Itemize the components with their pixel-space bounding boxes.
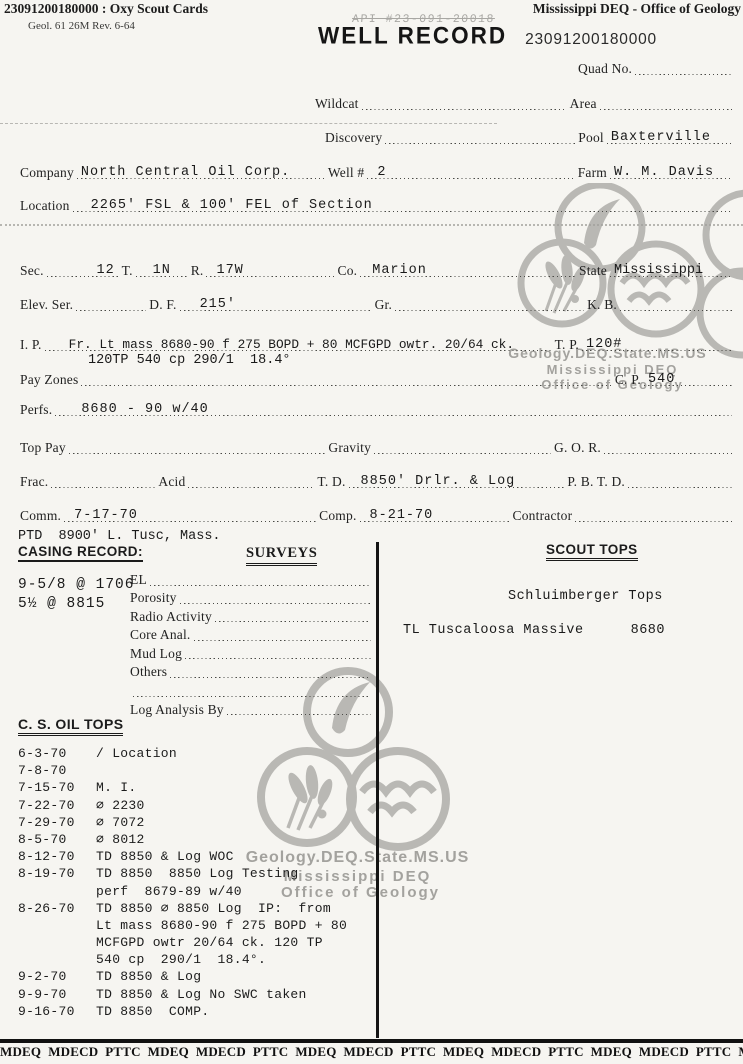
entry-date: 7-8-70 [18,763,96,778]
wildcat-area-row: Wildcat Area [315,95,735,112]
kb-label: K. B. [587,296,617,313]
dotted-line [620,296,732,313]
oil-tops-row: Lt mass 8680-90 f 275 BOPD + 80 [18,918,376,935]
survey-row: Radio Activity [130,609,374,625]
casing-entry: 5½ @ 8815 [18,596,105,612]
comp-label: Comp. [319,507,356,524]
section-township-row: Sec. 12 T. 1N R. 17W Co. Marion State Mi… [20,262,735,279]
survey-row: Others [130,664,374,680]
dotted-line [635,60,732,77]
quad-no-row: Quad No. [578,60,735,77]
entry-text: TD 8850 & Log No SWC taken [96,987,376,1002]
survey-label: Log Analysis By [130,702,224,718]
survey-row: Porosity [130,590,374,606]
entry-date: 8-5-70 [18,832,96,847]
dotted-line: 2265' FSL & 100' FEL of Section [73,197,732,214]
entry-text: 540 cp 290/1 18.4°. [96,952,376,967]
entry-text: TD 8850 COMP. [96,1004,376,1019]
entry-date: 7-15-70 [18,780,96,795]
survey-row: Core Anal. [130,627,374,643]
dotted-line: 540 [644,371,732,388]
township-label: T. [122,262,133,279]
area-label: Area [570,95,597,112]
column-divider [376,542,379,1038]
casing-record-heading: CASING RECORD: [18,544,143,562]
dotted-line [194,626,372,643]
sec-value: 12 [92,262,118,279]
ip-value-line1: Fr. Lt mass 8680-90 f 275 BOPD + 80 MCFG… [45,336,518,353]
dotted-line [604,439,732,456]
dotted-line [51,473,155,490]
scout-tops-heading: SCOUT TOPS [546,542,638,561]
initial-production-row: I. P. Fr. Lt mass 8680-90 f 275 BOPD + 8… [20,336,735,353]
township-value: 1N [149,262,175,279]
well-no-label: Well # [328,164,364,181]
oil-tops-list: 6-3-70/ Location 7-8-70 7-15-70M. I. 7-2… [18,746,376,1021]
title-row: WELL RECORD 23091200180000 [318,24,657,50]
ip-label: I. P. [20,336,42,353]
gor-label: G. O. R. [554,439,601,456]
faint-separator-line [0,224,743,226]
entry-text: TD 8850 8850 Log Testing [96,866,376,881]
perfs-row: Perfs. 8680 - 90 w/40 [20,401,735,418]
oil-tops-row: 8-19-70TD 8850 8850 Log Testing [18,866,376,883]
entry-date: 8-19-70 [18,866,96,881]
wildcat-label: Wildcat [315,95,359,112]
oil-tops-row: 8-5-70∅ 8012 [18,832,376,849]
entry-date: 9-16-70 [18,1004,96,1019]
perfs-label: Perfs. [20,401,52,418]
pool-label: Pool [578,129,604,146]
dotted-line [385,129,575,146]
oil-tops-row: 7-15-70M. I. [18,780,376,797]
dotted-line [133,682,371,699]
well-no-value: 2 [367,164,390,181]
dotted-line: 7-17-70 [64,507,316,524]
dotted-line: W. M. Davis [610,164,732,181]
comp-value: 8-21-70 [360,507,438,524]
state-label: State [579,262,607,279]
top-pay-row: Top Pay Gravity G. O. R. [20,439,735,456]
entry-text: M. I. [96,780,376,795]
county-label: Co. [337,262,357,279]
oil-tops-row: MCFGPD owtr 20/64 ck. 120 TP [18,935,376,952]
entry-text: TD 8850 & Log WOC [96,849,376,864]
dotted-line [215,608,371,625]
survey-label: Mud Log [130,646,182,662]
frac-label: Frac. [20,473,48,490]
oil-tops-row: 8-12-70TD 8850 & Log WOC [18,849,376,866]
elev-ser-label: Elev. Ser. [20,296,73,313]
dotted-line [76,296,146,313]
formation-name: TL Tuscaloosa Massive [403,623,584,638]
gravity-label: Gravity [328,439,371,456]
entry-text: TD 8850 & Log [96,969,376,984]
survey-row [130,683,374,699]
dotted-line: 8-21-70 [360,507,510,524]
ip-value-line2: 120TP 540 cp 290/1 18.4° [88,353,291,368]
df-value: 215' [180,296,240,313]
dotted-line: North Central Oil Corp. [77,164,325,181]
range-label: R. [191,262,204,279]
header-right-title: Mississippi DEQ - Office of Geology [533,1,741,17]
pay-zones-label: Pay Zones [20,371,78,388]
oil-tops-row: 7-22-70∅ 2230 [18,798,376,815]
oil-tops-row: perf 8679-89 w/40 [18,884,376,901]
pool-value: Baxterville [607,129,715,146]
scout-card-page: { "header": { "left": "23091200180000 : … [0,0,743,1064]
df-label: D. F. [149,296,176,313]
cp-value: 540 [644,371,679,388]
oil-tops-row: 8-26-70TD 8850 ∅ 8850 Log IP: from [18,901,376,918]
api-number: 23091200180000 [525,31,657,49]
county-value: Marion [360,262,431,279]
dotted-line [575,507,732,524]
dotted-line: 8850' Drlr. & Log [349,473,565,490]
discovery-label: Discovery [325,129,382,146]
dotted-line [227,701,371,718]
dotted-line: 12 [47,262,119,279]
survey-row: Log Analysis By [130,702,374,718]
td-value: 8850' Drlr. & Log [349,473,520,490]
dotted-line [628,473,732,490]
tp-label: T. P. [555,336,579,353]
entry-text: MCFGPD owtr 20/64 ck. 120 TP [96,935,376,950]
watermark-circle [611,244,701,334]
dotted-line: 2 [367,164,574,181]
location-value: 2265' FSL & 100' FEL of Section [73,197,377,214]
farm-value: W. M. Davis [610,164,718,181]
scout-top-entry: TL Tuscaloosa Massive 8680 [403,623,665,638]
entry-text: ∅ 7072 [96,815,376,830]
entry-date: 9-9-70 [18,987,96,1002]
company-value: North Central Oil Corp. [77,164,294,181]
dotted-line: Fr. Lt mass 8680-90 f 275 BOPD + 80 MCFG… [45,336,552,353]
dotted-line: Baxterville [607,129,732,146]
survey-label: Porosity [130,590,177,606]
oil-tops-row: 7-29-70∅ 7072 [18,815,376,832]
dotted-line [185,645,371,662]
entry-date: 7-29-70 [18,815,96,830]
dotted-line: 120# [582,336,732,353]
td-label: T. D. [317,473,345,490]
dotted-line: 8680 - 90 w/40 [55,401,732,418]
page-title: WELL RECORD [318,22,507,50]
dotted-line [188,473,314,490]
range-value: 17W [206,262,247,279]
entry-text: / Location [96,746,376,761]
dotted-line [395,296,584,313]
comm-comp-row: Comm. 7-17-70 Comp. 8-21-70 Contractor [20,507,735,524]
location-row: Location 2265' FSL & 100' FEL of Section [20,197,735,214]
survey-row: EL [130,572,374,588]
entry-text: TD 8850 ∅ 8850 Log IP: from [96,901,376,916]
cp-label: C. P. [615,371,641,388]
pay-zones-row: Pay Zones C. P. 540 [20,371,735,388]
scout-tops-source: Schluimberger Tops [508,589,663,604]
dotted-line [180,589,371,606]
dotted-line: 1N [136,262,188,279]
discovery-pool-row: Discovery Pool Baxterville [325,129,735,146]
pbtd-label: P. B. T. D. [567,473,625,490]
dotted-line [81,371,611,388]
frac-acid-td-row: Frac. Acid T. D. 8850' Drlr. & Log P. B.… [20,473,735,490]
casing-entry: 9-5/8 @ 1706 [18,577,134,593]
entry-date: 9-2-70 [18,969,96,984]
survey-label: Others [130,664,167,680]
oil-tops-row: 7-8-70 [18,763,376,780]
survey-label: Core Anal. [130,627,191,643]
perfs-value: 8680 - 90 w/40 [55,401,212,418]
form-revision-note: Geol. 61 26M Rev. 6-64 [28,20,135,32]
entry-text: ∅ 8012 [96,832,376,847]
oil-tops-row: 6-3-70/ Location [18,746,376,763]
oil-tops-row: 540 cp 290/1 18.4°. [18,952,376,969]
dotted-line [374,439,551,456]
entry-text: ∅ 2230 [96,798,376,813]
dotted-line [150,571,371,588]
footer-black-bar [0,1039,743,1043]
company-row: Company North Central Oil Corp. Well # 2… [20,164,735,181]
tp-value: 120# [582,336,626,353]
dotted-line [600,95,732,112]
formation-depth: 8680 [631,623,665,638]
entry-date: 8-12-70 [18,849,96,864]
dotted-line: Mississippi [610,262,732,279]
entry-text: Lt mass 8680-90 f 275 BOPD + 80 [96,918,376,933]
dotted-line: 17W [206,262,334,279]
top-pay-label: Top Pay [20,439,66,456]
oil-tops-heading: C. S. OIL TOPS [18,716,123,736]
dotted-line [362,95,567,112]
comm-value: 7-17-70 [64,507,142,524]
oil-tops-row: 9-16-70TD 8850 COMP. [18,1004,376,1021]
survey-label: EL [130,572,147,588]
survey-row: Mud Log [130,646,374,662]
dotted-line [69,439,326,456]
gr-label: Gr. [375,296,392,313]
contractor-label: Contractor [513,507,573,524]
oil-tops-row: 9-9-70TD 8850 & Log No SWC taken [18,987,376,1004]
dotted-line: Marion [360,262,576,279]
state-value: Mississippi [610,262,707,279]
entry-date: 8-26-70 [18,901,96,916]
company-label: Company [20,164,74,181]
oil-tops-row: 9-2-70TD 8850 & Log [18,969,376,986]
quad-no-label: Quad No. [578,60,632,77]
location-label: Location [20,197,70,214]
entry-date: 6-3-70 [18,746,96,761]
survey-label: Radio Activity [130,609,212,625]
elevation-row: Elev. Ser. D. F. 215' Gr. K. B. [20,296,735,313]
dotted-line: 215' [180,296,372,313]
faint-separator-line [0,123,497,124]
ptd-note: PTD 8900' L. Tusc, Mass. [18,529,221,544]
sec-label: Sec. [20,262,44,279]
entry-date: 7-22-70 [18,798,96,813]
surveys-heading: SURVEYS [246,545,317,566]
acid-label: Acid [158,473,185,490]
entry-text: perf 8679-89 w/40 [96,884,376,899]
dotted-line [170,663,371,680]
farm-label: Farm [578,164,607,181]
comm-label: Comm. [20,507,61,524]
footer-org-strip: MDEQ MDECD PTTC MDEQ MDECD PTTC MDEQ MDE… [0,1044,743,1060]
header-left-title: 23091200180000 : Oxy Scout Cards [4,1,208,17]
